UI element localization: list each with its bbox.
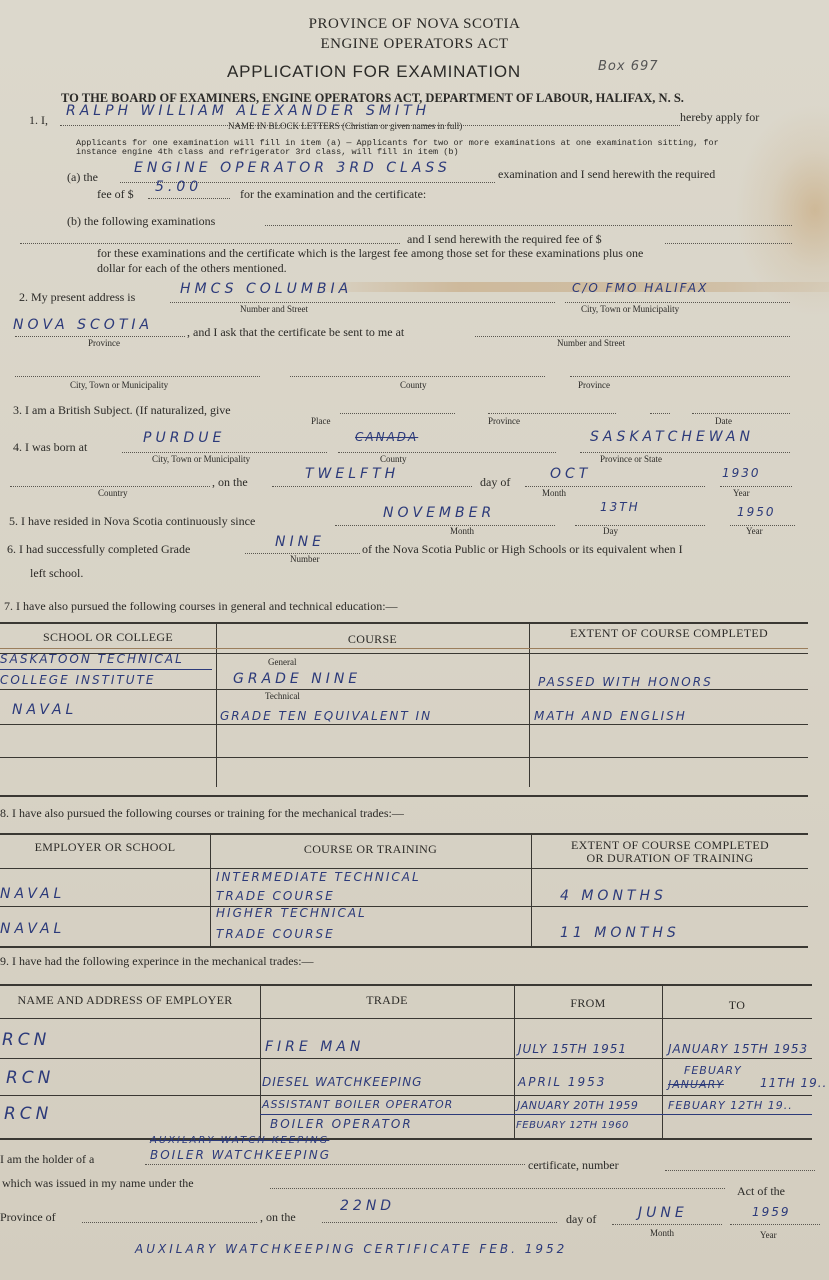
training-duration-2: 11 MONTHS xyxy=(560,925,680,941)
item10-prefix: 10. I am the holder of a xyxy=(0,1152,94,1167)
exp-from-3: JANUARY 20TH 1959 xyxy=(517,1099,638,1112)
fee-prefix: fee of $ xyxy=(97,187,134,202)
edu-extent-2: MATH AND ENGLISH xyxy=(534,709,687,723)
training-employer-1: NAVAL xyxy=(0,886,65,902)
item1-suffix: hereby apply for xyxy=(680,110,759,125)
training-course-2b: TRADE COURSE xyxy=(216,927,335,941)
exp-trade-4: BOILER OPERATOR xyxy=(270,1117,413,1131)
col-to: TO xyxy=(662,998,812,1013)
present-city: C/O FMO HALIFAX xyxy=(572,281,708,295)
birth-city: PURDUE xyxy=(143,430,225,446)
cert-type: BOILER WATCHKEEPING xyxy=(150,1148,331,1162)
day-of: day of xyxy=(480,475,510,490)
item1a-label: (a) the xyxy=(67,170,98,185)
birth-county-struck: CANADA xyxy=(355,430,418,444)
training-course-1a: INTERMEDIATE TECHNICAL xyxy=(216,870,421,884)
applicant-name: RALPH WILLIAM ALEXANDER SMITH xyxy=(66,103,430,119)
exp-to-2-struck: JANUARY xyxy=(668,1078,724,1091)
item1b-label: (b) the following examinations xyxy=(67,214,215,229)
exp-employer-1: RCN xyxy=(2,1030,50,1050)
birth-year: 1930 xyxy=(722,466,761,480)
county-caption-4: County xyxy=(380,454,407,464)
fee-value: 5.00 xyxy=(155,179,202,195)
item1b-text-2: dollar for each of the others mentioned. xyxy=(97,261,287,276)
col-employer-school: EMPLOYER OR SCHOOL xyxy=(0,840,210,855)
header-province: PROVINCE OF NOVA SCOTIA xyxy=(0,16,829,33)
day-caption-5: Day xyxy=(603,526,618,536)
exp-to-3: FEBUARY 12TH 19.. xyxy=(668,1099,793,1112)
exp-to-2: 11TH 19.. xyxy=(760,1076,827,1090)
county-caption: County xyxy=(400,380,427,390)
document-page: PROVINCE OF NOVA SCOTIA ENGINE OPERATORS… xyxy=(0,0,829,1280)
province-caption-3: Province xyxy=(488,416,520,426)
col-extent: EXTENT OF COURSE COMPLETED xyxy=(529,626,809,641)
exp-to-1: JANUARY 15TH 1953 xyxy=(668,1042,808,1056)
edu-extent-1: PASSED WITH HONORS xyxy=(538,675,713,689)
cert-struck: AUXILARY WATCH KEEPING xyxy=(150,1135,329,1146)
technical-label: Technical xyxy=(265,691,300,701)
general-label: General xyxy=(268,657,296,667)
col-from: FROM xyxy=(514,996,662,1011)
date-caption: Date xyxy=(715,416,732,426)
residence-year: 1950 xyxy=(737,505,776,519)
training-course-1b: TRADE COURSE xyxy=(216,889,335,903)
province-caption-4: Province or State xyxy=(600,454,662,464)
present-street: HMCS COLUMBIA xyxy=(180,281,352,297)
fee-suffix: for the examination and the certificate: xyxy=(240,187,426,202)
city-caption-2: City, Town or Municipality xyxy=(70,380,168,390)
on-the: , on the xyxy=(212,475,248,490)
edu-school-1b: COLLEGE INSTITUTE xyxy=(0,673,156,687)
city-caption-4: City, Town or Municipality xyxy=(152,454,250,464)
exp-employer-2: RCN xyxy=(6,1068,54,1088)
cert-year: 1959 xyxy=(752,1205,791,1219)
exp-employer-3: RCN xyxy=(4,1104,52,1124)
exp-trade-1: FIRE MAN xyxy=(265,1039,364,1055)
exp-from-4: FEBUARY 12TH 1960 xyxy=(516,1120,629,1131)
item2-prefix: 2. My present address is xyxy=(19,290,135,305)
send-text: , and I ask that the certificate be sent… xyxy=(187,325,404,340)
edu-course-1: GRADE NINE xyxy=(233,671,361,687)
item9-text: 9. I have had the following experince in… xyxy=(0,954,314,969)
cert-month: JUNE xyxy=(638,1205,688,1221)
col-school: SCHOOL OR COLLEGE xyxy=(0,630,216,645)
item6-suffix: of the Nova Scotia Public or High School… xyxy=(362,542,683,557)
residence-month: NOVEMBER xyxy=(383,505,495,521)
edu-school-1a: SASKATOON TECHNICAL xyxy=(0,652,184,666)
issued-text: which was issued in my name under the xyxy=(2,1176,194,1191)
item1a-text: examination and I send herewith the requ… xyxy=(498,167,715,182)
item8-text: 8. I have also pursued the following cou… xyxy=(0,806,404,821)
col-employer-name: NAME AND ADDRESS OF EMPLOYER xyxy=(0,993,260,1008)
item7-text: 7. I have also pursued the following cou… xyxy=(4,599,398,614)
cert-suffix: certificate, number xyxy=(528,1158,619,1173)
item1b-fee-text: and I send herewith the required fee of … xyxy=(407,232,602,247)
exp-from-2: APRIL 1953 xyxy=(518,1075,606,1089)
item3-text: 3. I am a British Subject. (If naturaliz… xyxy=(13,403,231,418)
month-caption-10: Month xyxy=(650,1228,674,1238)
page-title: APPLICATION FOR EXAMINATION xyxy=(227,62,521,82)
exp-trade-2: DIESEL WATCHKEEPING xyxy=(262,1075,422,1089)
exp-trade-3: ASSISTANT BOILER OPERATOR xyxy=(262,1098,453,1111)
city-caption: City, Town or Municipality xyxy=(581,304,679,314)
training-employer-2: NAVAL xyxy=(0,921,65,937)
item4-prefix: 4. I was born at xyxy=(13,440,87,455)
birth-province: SASKATCHEWAN xyxy=(590,429,754,445)
year-caption-4: Year xyxy=(733,488,750,498)
item1b-text-1: for these examinations and the certifica… xyxy=(97,246,643,261)
day-of-10: day of xyxy=(566,1212,596,1227)
header-act: ENGINE OPERATORS ACT xyxy=(0,36,829,53)
province-caption: Province xyxy=(88,338,120,348)
year-caption-5: Year xyxy=(746,526,763,536)
act-text: Act of the xyxy=(737,1184,785,1199)
province-caption-2: Province xyxy=(578,380,610,390)
item5-prefix: 5. I have resided in Nova Scotia continu… xyxy=(9,514,255,529)
street-caption: Number and Street xyxy=(240,304,308,314)
col-course: COURSE xyxy=(216,632,529,647)
birth-day: TWELFTH xyxy=(305,466,399,482)
col-course-training: COURSE OR TRAINING xyxy=(210,842,531,857)
item6-prefix: 6. I had successfully completed Grade xyxy=(7,542,190,557)
exam-name: ENGINE OPERATOR 3RD CLASS xyxy=(134,160,451,176)
instructions-2: instance engine 4th class and refrigerat… xyxy=(76,147,459,157)
number-street-caption: Number and Street xyxy=(557,338,625,348)
exp-from-1: JULY 15TH 1951 xyxy=(518,1042,627,1056)
col-trade: TRADE xyxy=(260,993,514,1008)
training-duration-1: 4 MONTHS xyxy=(560,888,667,904)
birth-month: OCT xyxy=(550,466,591,482)
exp-to-2-correction: FEBUARY xyxy=(684,1064,742,1077)
residence-day: 13TH xyxy=(600,500,640,514)
year-caption-10: Year xyxy=(760,1230,777,1240)
month-caption-4: Month xyxy=(542,488,566,498)
cert-note: AUXILARY WATCHKEEPING CERTIFICATE FEB. 1… xyxy=(135,1242,567,1256)
number-caption: Number xyxy=(290,554,320,564)
item1-prefix: 1. I, xyxy=(29,113,48,128)
cert-day: 22ND xyxy=(340,1198,395,1214)
stain xyxy=(300,282,829,292)
edu-course-2: GRADE TEN EQUIVALENT IN xyxy=(220,709,432,723)
present-province: NOVA SCOTIA xyxy=(13,317,153,333)
col-extent-training-2: OR DURATION OF TRAINING xyxy=(531,851,809,866)
on-the-10: , on the xyxy=(260,1210,296,1225)
training-course-2a: HIGHER TECHNICAL xyxy=(216,906,367,920)
name-caption: NAME IN BLOCK LETTERS (Christian or give… xyxy=(228,121,462,131)
country-caption: Country xyxy=(98,488,128,498)
grade-completed: NINE xyxy=(275,534,325,550)
month-caption-5: Month xyxy=(450,526,474,536)
item6-line2: left school. xyxy=(30,566,83,581)
province-of: Province of xyxy=(0,1210,56,1225)
edu-school-2: NAVAL xyxy=(12,702,77,718)
box-note: Box 697 xyxy=(598,59,659,74)
place-caption: Place xyxy=(311,416,331,426)
